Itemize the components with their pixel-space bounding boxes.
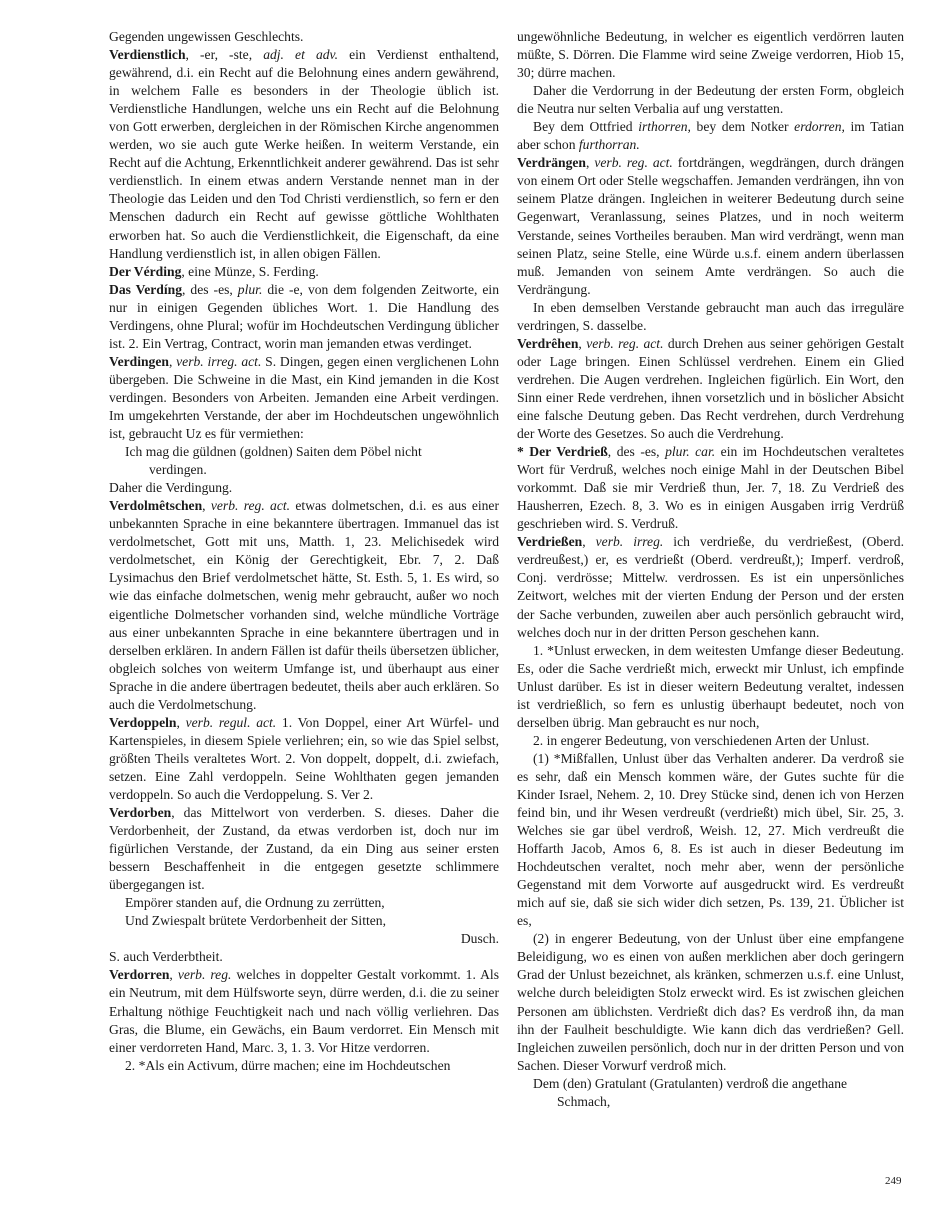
page-number: 249 (885, 1175, 902, 1187)
sub-paragraph: Daher die Verdorrung in der Bedeutung de… (517, 82, 904, 118)
archaic-marker: * (517, 444, 529, 459)
sub-paragraph: In eben demselben Verstande gebraucht ma… (517, 299, 904, 335)
verse-line: Dem (den) Gratulant (Gratulanten) verdro… (533, 1076, 847, 1091)
sub-paragraph: (2) in engerer Bedeutung, von der Unlust… (517, 930, 904, 1074)
verse-continuation: Schmach, (533, 1093, 904, 1111)
entry-headword: Der Vérding (109, 264, 181, 279)
entry-headword: Verdrängen (517, 155, 586, 170)
paragraph-text: bey dem Notker (691, 119, 794, 134)
text-line: Daher die Verdingung. (109, 479, 499, 497)
entry-text: , (202, 498, 211, 513)
entry-headword: Verdorren (109, 967, 169, 982)
entry-verdingen: Verdingen, verb. irreg. act. S. Dingen, … (109, 353, 499, 443)
entry-headword: Der Verdrieß (529, 444, 608, 459)
entry-body: durch Drehen aus seiner gehörigen Gestal… (517, 336, 904, 441)
entry-verdoppeln: Verdoppeln, verb. regul. act. 1. Von Dop… (109, 714, 499, 804)
paragraph-text: Bey dem Ottfried (533, 119, 638, 134)
entry-verdienstlich: Verdienstlich, -er, -ste, adj. et adv. e… (109, 46, 499, 263)
entry-headword: Verdrießen (517, 534, 582, 549)
entry-body: ein Verdienst enthaltend, gewährend, d.i… (109, 47, 499, 261)
continuation-text: Gegenden ungewissen Geschlechts. (109, 28, 499, 46)
grammar-label: plur. (238, 282, 263, 297)
entry-der-verdriess: * Der Verdrieß, des -es, plur. car. ein … (517, 443, 904, 533)
grammar-label: verb. reg. act. (586, 336, 663, 351)
verse-line: Empörer standen auf, die Ordnung zu zerr… (125, 895, 385, 910)
entry-verdorren: Verdorren, verb. reg. welches in doppelt… (109, 966, 499, 1056)
verse-quote: Dem (den) Gratulant (Gratulanten) verdro… (517, 1075, 904, 1111)
entry-text: , eine Münze, S. Ferding. (181, 264, 318, 279)
sub-paragraph: 1. *Unlust erwecken, in dem weitesten Um… (517, 642, 904, 732)
grammar-label: plur. car. (665, 444, 715, 459)
grammar-label: verb. reg. act. (594, 155, 672, 170)
entry-headword: Verdienstlich (109, 47, 186, 62)
grammar-label: verb. reg. act. (211, 498, 290, 513)
continuation-text: ungewöhnliche Bedeutung, in welcher es e… (517, 28, 904, 82)
sub-paragraph: (1) *Mißfallen, Unlust über das Verhalte… (517, 750, 904, 930)
verse-quote: Empörer standen auf, die Ordnung zu zerr… (109, 894, 499, 912)
old-form: furthorran. (579, 137, 640, 152)
entry-text: , (176, 715, 185, 730)
entry-headword: Verdrêhen (517, 336, 578, 351)
text-line: S. auch Verderbtheit. (109, 948, 499, 966)
entry-verdriessen: Verdrießen, verb. irreg. ich verdrieße, … (517, 533, 904, 641)
entry-headword: Verdolmêtschen (109, 498, 202, 513)
verse-line: Ich mag die güldnen (goldnen) Saiten dem… (125, 444, 422, 459)
old-form: erdorren, (794, 119, 845, 134)
entry-der-verding: Der Vérding, eine Münze, S. Ferding. (109, 263, 499, 281)
verse-quote: Und Zwiespalt brütete Verdorbenheit der … (109, 912, 499, 930)
old-form: irthorren, (638, 119, 691, 134)
entry-body: etwas dolmetschen, d.i. es aus einer unb… (109, 498, 499, 712)
sub-paragraph: 2. *Als ein Activum, dürre machen; eine … (109, 1057, 499, 1075)
entry-das-verding: Das Verdíng, des -es, plur. die -e, von … (109, 281, 499, 353)
verse-quote: Ich mag die güldnen (goldnen) Saiten dem… (109, 443, 499, 479)
entry-text: , (169, 967, 177, 982)
sub-paragraph: Bey dem Ottfried irthorren, bey dem Notk… (517, 118, 904, 154)
grammar-label: verb. regul. act. (186, 715, 277, 730)
grammar-label: verb. irreg. act. (176, 354, 261, 369)
verse-continuation: verdingen. (125, 461, 499, 479)
entry-body: fortdrängen, wegdrängen, durch drängen v… (517, 155, 904, 296)
sub-paragraph: 2. in engerer Bedeutung, von verschieden… (517, 732, 904, 750)
entry-text: , des -es, (182, 282, 238, 297)
grammar-label: verb. irreg. (596, 534, 664, 549)
entry-headword: Verdoppeln (109, 715, 176, 730)
grammar-label: verb. reg. (178, 967, 232, 982)
left-column: Gegenden ungewissen Geschlechts. Verdien… (109, 28, 499, 1075)
right-column: ungewöhnliche Bedeutung, in welcher es e… (517, 28, 904, 1111)
entry-body: ich verdrieße, du verdrießest, (Oberd. v… (517, 534, 904, 639)
entry-verdorben: Verdorben, das Mittelwort von verderben.… (109, 804, 499, 894)
entry-headword: Verdingen (109, 354, 169, 369)
grammar-label: adj. et adv. (263, 47, 338, 62)
entry-verdolmetschen: Verdolmêtschen, verb. reg. act. etwas do… (109, 497, 499, 714)
entry-text: , -er, -ste, (186, 47, 264, 62)
entry-verdraengen: Verdrängen, verb. reg. act. fortdrängen,… (517, 154, 904, 298)
entry-text: , des -es, (608, 444, 665, 459)
entry-verdrehen: Verdrêhen, verb. reg. act. durch Drehen … (517, 335, 904, 443)
verse-line: Und Zwiespalt brütete Verdorbenheit der … (125, 913, 386, 928)
quote-attribution: Dusch. (109, 930, 499, 948)
entry-headword: Verdorben (109, 805, 171, 820)
entry-text: , (582, 534, 595, 549)
entry-headword: Das Verdíng (109, 282, 182, 297)
